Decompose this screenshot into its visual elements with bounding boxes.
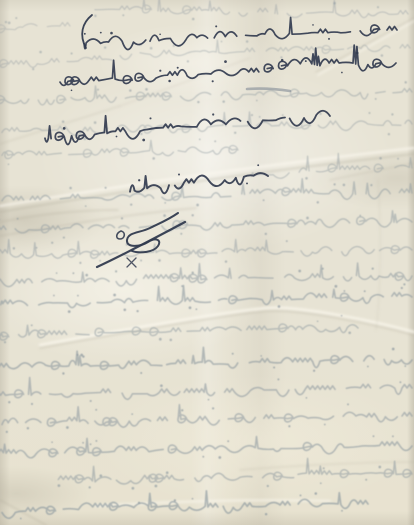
- handwriting-layer: [0, 0, 414, 525]
- signature-flourish: [97, 213, 185, 267]
- bleed-through-writing: [0, 0, 412, 519]
- paper-creases: [0, 18, 414, 525]
- scanned-letter: [0, 0, 414, 525]
